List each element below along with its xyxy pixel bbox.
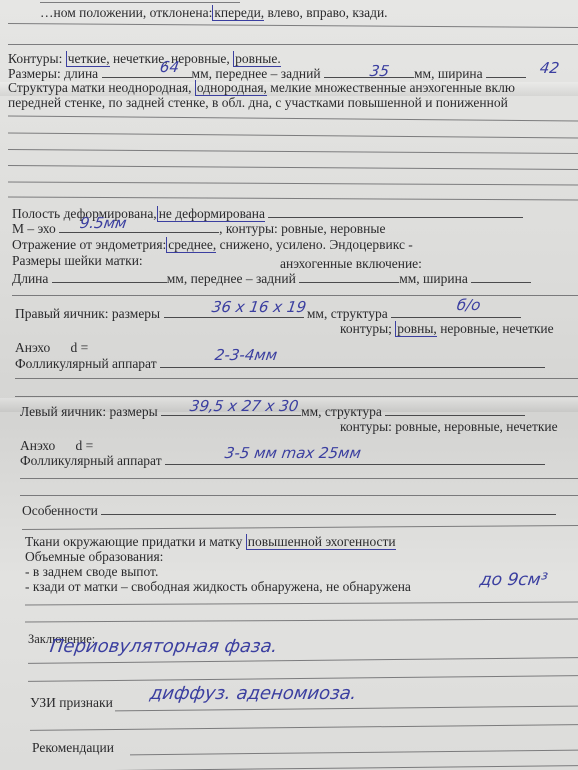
- endometrium-line: Отражение от эндометрия:среднее, снижено…: [12, 237, 413, 252]
- cavity-field[interactable]: [268, 205, 523, 218]
- uterus-size-line: Размеры: длина мм, переднее – задний мм,…: [8, 65, 526, 81]
- left-ovary-structure-field[interactable]: [385, 403, 525, 416]
- handwritten-right-ovary-structure: б/о: [456, 296, 482, 314]
- selected-option: однородная,: [195, 80, 267, 96]
- handwritten-right-ovary-size: 36 x 16 x 19: [211, 298, 308, 316]
- right-ovary-contours: контуры; ровны, неровные, нечеткие: [340, 321, 554, 336]
- cervix-anechoic: анэхогенные включение:: [280, 256, 422, 271]
- handwritten-m-echo: 9.5мм: [79, 214, 128, 232]
- handwritten-left-follicular: 3-5 мм max 25мм: [224, 444, 362, 462]
- left-ovary-contours: контуры: ровные, неровные, нечеткие: [340, 419, 558, 434]
- m-echo-line: М – эхо , контуры: ровные, неровные: [12, 220, 385, 236]
- features-line: Особенности: [22, 502, 556, 518]
- selected-option: среднее,: [166, 237, 216, 253]
- ultrasound-report-page: …ном положении, отклонена:кпереди, влево…: [0, 0, 578, 770]
- cervix-size-line: Длина мм, переднее – задний мм, ширина: [12, 270, 531, 286]
- handwritten-left-ovary-size: 39,5 x 27 x 30: [189, 397, 300, 415]
- selected-option: повышенной эхогенности: [246, 534, 396, 550]
- tissues-line: Ткани окружающие придатки и матку повыше…: [25, 534, 396, 549]
- right-ovary-anecho: Анэхо d =: [15, 340, 88, 355]
- handwritten-fluid: до 9см³: [479, 570, 549, 590]
- selected-option: ровны,: [395, 321, 437, 337]
- cervix-width-field[interactable]: [471, 270, 531, 283]
- right-ovary-follicular: Фолликулярный аппарат: [15, 355, 545, 371]
- features-field[interactable]: [101, 502, 556, 515]
- handwritten-right-follicular: 2-3-4мм: [214, 346, 279, 364]
- uterus-position-line: …ном положении, отклонена:кпереди, влево…: [40, 5, 388, 20]
- handwritten-width: 42: [539, 59, 561, 77]
- left-ovary-anecho: Анэхо d =: [20, 438, 93, 453]
- handwritten-us-signs: диффуз. аденомиоза.: [149, 683, 358, 704]
- contours-line: Контуры: четкие, нечеткие, неровные, ров…: [8, 51, 281, 66]
- recommendations-label: Рекомендации: [32, 740, 114, 755]
- handwritten-length: 64: [159, 58, 181, 76]
- handwritten-conclusion: Периовуляторная фаза.: [49, 636, 279, 657]
- cervix-line: Размеры шейки матки:: [12, 253, 143, 268]
- posterior-fornix-line: - в заднем своде выпот.: [25, 564, 158, 579]
- structure-line: Структура матки неоднородная, однородная…: [8, 80, 515, 95]
- handwritten-ap: 35: [369, 62, 391, 80]
- us-signs-label: УЗИ признаки: [30, 695, 113, 710]
- cervix-ap-field[interactable]: [299, 270, 399, 283]
- structure-line-2: передней стенке, по задней стенке, в обл…: [8, 95, 508, 110]
- cervix-length-field[interactable]: [52, 270, 167, 283]
- selected-option: кпереди,: [212, 5, 264, 21]
- masses-label: Объемные образования:: [25, 549, 163, 564]
- behind-uterus-line: - кзади от матки – свободная жидкость об…: [25, 579, 411, 594]
- width-field[interactable]: [486, 65, 526, 78]
